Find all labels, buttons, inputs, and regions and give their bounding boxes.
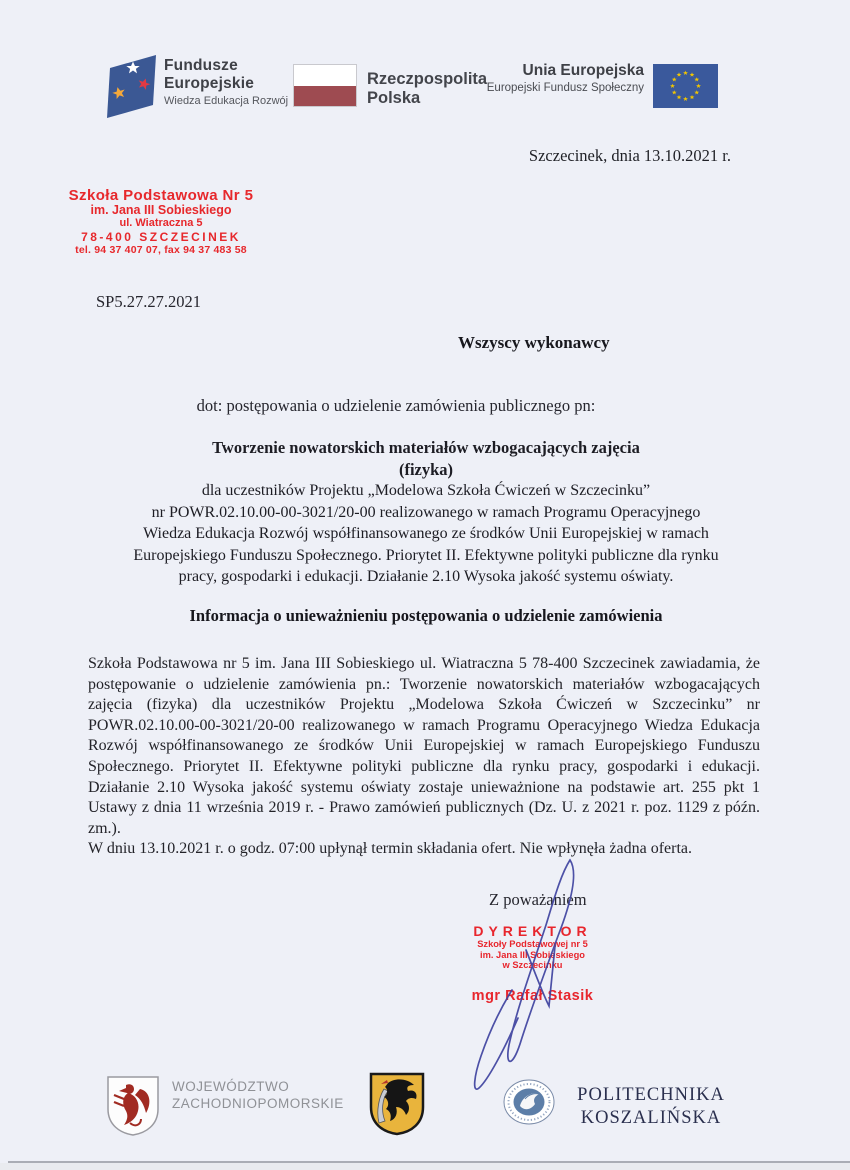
- stamp-street: ul. Wiatraczna 5: [52, 217, 270, 230]
- section-heading: Informacja o unieważnieniu postępowania …: [50, 606, 802, 626]
- fundusze-europejskie-flag-icon: [106, 53, 158, 119]
- title-line: pracy, gospodarki i edukacji. Działanie …: [50, 566, 802, 588]
- stamp-school-name: Szkoła Podstawowa Nr 5: [52, 188, 270, 203]
- scan-background-strip: [0, 1163, 850, 1170]
- dateline: Szczecinek, dnia 13.10.2021 r.: [529, 146, 731, 166]
- poland-flag-icon: [293, 64, 357, 107]
- fundusze-europejskie-sublabel: Wiedza Edukacja Rozwój: [164, 95, 288, 107]
- title-line: (fizyka): [50, 459, 802, 481]
- title-line: dla uczestników Projektu „Modelowa Szkoł…: [50, 480, 802, 502]
- europejski-fundusz-spoleczny-label: Europejski Fundusz Społeczny: [444, 82, 644, 94]
- stamp-phone: tel. 94 37 407 07, fax 94 37 483 58: [52, 244, 270, 257]
- politechnika-koszalinska-emblem-icon: [502, 1079, 558, 1125]
- subject-intro: dot: postępowania o udzielenie zamówieni…: [0, 396, 792, 416]
- title-line: Tworzenie nowatorskich materiałów wzboga…: [50, 437, 802, 459]
- school-address-stamp: Szkoła Podstawowa Nr 5 im. Jana III Sobi…: [52, 188, 270, 257]
- university-label: POLITECHNIKA KOSZALIŃSKA: [562, 1084, 740, 1130]
- scanned-letter-page: { "logos_top": { "fundusze_line1": "Fund…: [0, 0, 850, 1170]
- procurement-title-block: Tworzenie nowatorskich materiałów wzboga…: [50, 437, 802, 588]
- szczecinek-crest-icon: [368, 1071, 426, 1137]
- handwritten-signature: [430, 852, 640, 1097]
- body-paragraph: Szkoła Podstawowa nr 5 im. Jana III Sobi…: [88, 654, 760, 839]
- voivodeship-label: WOJEWÓDZTWO ZACHODNIOPOMORSKIE: [172, 1079, 344, 1112]
- unia-europejska-label: Unia Europejska: [444, 62, 644, 80]
- stamp-patron: im. Jana III Sobieskiego: [52, 203, 270, 217]
- title-line: Europejskiego Funduszu Społecznego. Prio…: [50, 545, 802, 567]
- zachodniopomorskie-crest-icon: [106, 1075, 160, 1137]
- title-line: Wiedza Edukacja Rozwój współfinansowaneg…: [50, 523, 802, 545]
- title-line: nr POWR.02.10.00-00-3021/20-00 realizowa…: [50, 502, 802, 524]
- reference-number: SP5.27.27.2021: [96, 292, 201, 312]
- addressee: Wszyscy wykonawcy: [458, 333, 610, 353]
- stamp-city: 78-400 SZCZECINEK: [52, 230, 270, 244]
- eu-flag-icon: [653, 64, 718, 108]
- fundusze-europejskie-label: Fundusze Europejskie: [164, 57, 254, 93]
